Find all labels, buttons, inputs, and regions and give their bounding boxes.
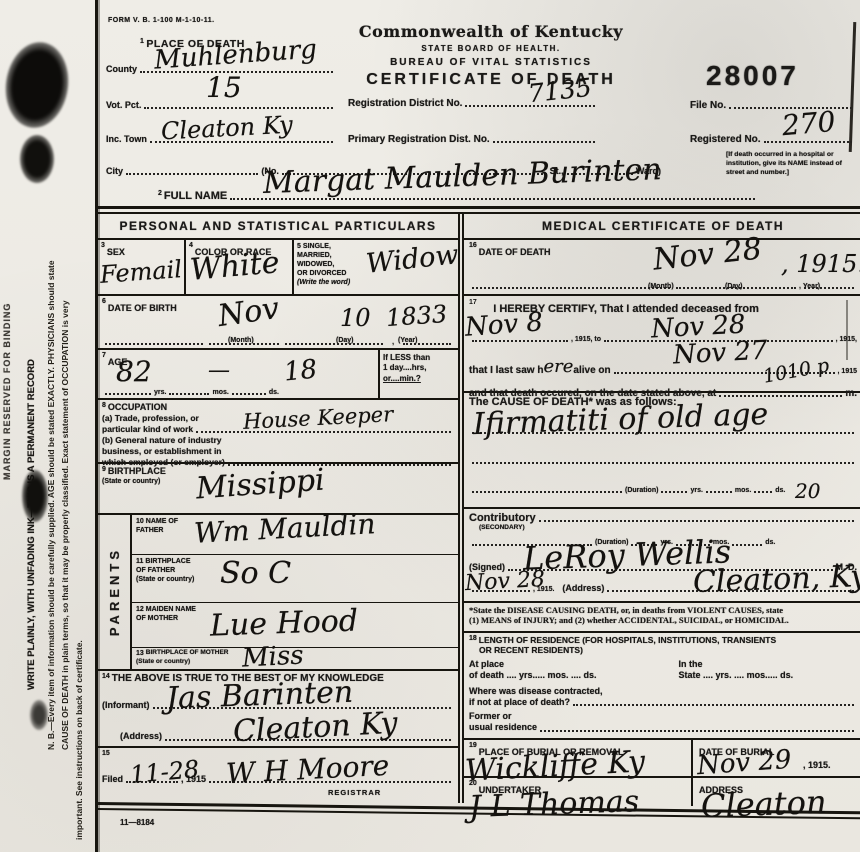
residence-l1: LENGTH OF RESIDENCE (FOR HOSPITALS, INST… <box>479 635 776 645</box>
last-saw-pre: that I last saw h <box>469 365 543 376</box>
vot-pct-label: Vot. Pct. <box>106 100 141 111</box>
age-mos-label: mos. <box>212 388 228 397</box>
burial-row: 19PLACE OF BURIAL OR REMOVAL Wickliffe K… <box>463 740 860 778</box>
header-center-block: Commonwealth of Kentucky STATE BOARD OF … <box>346 22 636 89</box>
commonwealth-title: Commonwealth of Kentucky <box>346 22 636 41</box>
marital-status-cell: 5SINGLE, MARRIED, WIDOWED, OR DIVORCED (… <box>294 240 458 294</box>
informant-address-label: (Address) <box>120 731 162 742</box>
age-row: 7AGE yrs. mos. ds. 82 — 18 If LESS than <box>98 350 458 400</box>
parents-label: PARENTS <box>107 547 122 636</box>
form-code: FORM V. B. 1-100 M-1-10-11. <box>108 16 215 25</box>
occupation-a-l2: particular kind of work <box>102 424 193 435</box>
bureau-subtitle: BUREAU OF VITAL STATISTICS <box>346 57 636 68</box>
voting-precinct-row: Vot. Pct. 15 <box>106 100 336 111</box>
binding-margin: MARGIN RESERVED FOR BINDING WRITE PLAINL… <box>0 0 95 852</box>
file-no-label: File No. <box>690 100 726 111</box>
cause-of-death-block: The CAUSE OF DEATH* was as follows: Ifir… <box>463 393 860 509</box>
former-l2: usual residence <box>469 722 537 733</box>
primary-reg-line <box>493 139 595 143</box>
date-of-birth-row: 6DATE OF BIRTH , Nov 10 1833 (Month) (Da… <box>98 296 458 350</box>
certify-from-year: , 1915 <box>571 335 590 344</box>
margin-nb-note-line2: CAUSE OF DEATH in plain terms, so that i… <box>60 130 70 750</box>
medical-column: MEDICAL CERTIFICATE OF DEATH 16DATE OF D… <box>463 214 860 803</box>
cause-ds: ds. <box>775 486 785 495</box>
cause-duration-label: (Duration) <box>625 486 658 495</box>
sex-cell: 3SEX Femail <box>98 240 186 294</box>
last-saw-her-handwriting: ere <box>543 358 573 376</box>
mother-birthplace-row: 13BIRTHPLACE OF MOTHER (State or country… <box>132 648 458 669</box>
sex-color-marital-row: 3SEX Femail 4COLOR OR RACE White 5SINGLE… <box>98 240 458 296</box>
last-saw-post: alive on <box>573 365 610 376</box>
parents-block: PARENTS 10NAME OF FATHER Wm Mauldin 11BI… <box>98 515 458 671</box>
signed-address-label: (Address) <box>562 583 604 594</box>
at-place-l1: At place <box>469 659 679 670</box>
undertaker-handwriting: J L Thomas <box>469 787 640 823</box>
reg-district-label: Registration District No. <box>348 98 462 109</box>
inc-town-handwriting: Cleaton Ky <box>160 113 293 144</box>
in-state-l2: State <box>679 670 701 680</box>
last-saw-year: , 1915 <box>838 367 857 376</box>
personal-section-title: PERSONAL AND STATISTICAL PARTICULARS <box>98 214 458 240</box>
certificate-title: CERTIFICATE OF DEATH <box>346 71 636 89</box>
occupation-label: OCCUPATION <box>108 402 167 412</box>
certify-to-year: , 1915, <box>836 335 857 344</box>
mother-name-handwriting: Lue Hood <box>210 606 359 641</box>
father-name-l1: NAME OF <box>146 518 178 525</box>
signed-address-handwriting: Cleaton, Ky <box>693 562 860 598</box>
header-divider <box>98 206 860 214</box>
dod-month-caption: (Month) <box>648 282 674 291</box>
hospital-note: [If death occurred in a hospital or inst… <box>726 150 854 178</box>
dob-year-handwriting: 1833 <box>385 302 448 330</box>
primary-registration-row: Primary Registration Dist. No. <box>348 134 598 145</box>
signed-date-handwriting: Nov 28 <box>464 569 545 595</box>
father-bp-l1: BIRTHPLACE <box>145 558 190 565</box>
dod-year-caption: Year) <box>803 282 820 291</box>
occupation-b-l1: (b) General nature of industry <box>102 435 454 446</box>
full-name-row: 2FULL NAME Margat Maulden Burinten <box>158 190 758 202</box>
age-less-l1: If LESS than <box>383 353 455 363</box>
father-bp-l3: (State or country) <box>136 575 454 584</box>
contracted-l2: if not at place of death? <box>469 697 570 708</box>
registration-district-row: Registration District No. 7135 <box>348 98 598 109</box>
birthplace-row: 9BIRTHPLACE (State or country) Missippi <box>98 464 458 515</box>
age-yrs-label: yrs. <box>154 388 166 397</box>
mother-bp-l1: BIRTHPLACE <box>146 649 188 656</box>
dob-month-handwriting: Nov <box>216 294 281 332</box>
filed-block: 15 Filed , 1915 11-28 W H Moore REGISTRA… <box>98 748 458 806</box>
dod-day-caption: (Day) <box>725 282 743 291</box>
certificate-stamp-number: 28007 <box>706 60 799 92</box>
age-less-l3: or....min.? <box>383 374 455 384</box>
registered-no-label: Registered No. <box>690 134 761 145</box>
mother-bp-handwriting: Miss <box>241 642 304 671</box>
cause-yrs: yrs. <box>690 486 702 495</box>
certificate-sheet: FORM V. B. 1-100 M-1-10-11. Commonwealth… <box>95 0 860 852</box>
scanned-death-certificate: MARGIN RESERVED FOR BINDING WRITE PLAINL… <box>0 0 860 852</box>
color-race-handwriting: White <box>189 248 281 286</box>
city-line <box>126 171 258 175</box>
former-l1: Former or <box>469 711 857 722</box>
burial-date-handwriting: Nov 29 <box>696 747 792 780</box>
full-name-label: 2FULL NAME <box>158 190 227 202</box>
father-birthplace-row: 11BIRTHPLACE OF FATHER (State or country… <box>132 555 458 603</box>
cause-footnote: *State the DISEASE CAUSING DEATH, or, in… <box>463 603 860 633</box>
dob-year-caption: (Year) <box>398 336 417 345</box>
age-less-than-cell: If LESS than 1 day....hrs, or....min.? <box>378 350 458 398</box>
burial-date-cell: DATE OF BURIAL Nov 29 , 1915. <box>693 740 860 776</box>
mother-bp-l2: OF MOTHER <box>190 649 229 656</box>
marital-l1: SINGLE, <box>303 243 331 250</box>
color-race-cell: 4COLOR OR RACE White <box>186 240 294 294</box>
parents-vertical-cell: PARENTS <box>98 515 132 669</box>
informant-address-handwriting: Cleaton Ky <box>232 709 398 748</box>
reg-district-handwriting: 7135 <box>527 75 593 107</box>
age-days-handwriting: 18 <box>283 356 319 385</box>
full-name-handwriting: Margat Maulden Burinten <box>263 155 663 199</box>
registered-no-row: Registered No. 270 <box>690 134 855 145</box>
dob-label: DATE OF BIRTH <box>108 303 177 313</box>
attended-from-handwriting: Nov 8 <box>464 309 544 340</box>
ink-smudge <box>30 700 48 730</box>
certify-block: 17 I HEREBY CERTIFY, That I attended dec… <box>463 296 860 393</box>
informant-block: 14THE ABOVE IS TRUE TO THE BEST OF MY KN… <box>98 671 458 748</box>
filed-date-handwriting: 11-28 <box>129 757 200 787</box>
primary-reg-label: Primary Registration Dist. No. <box>348 134 490 145</box>
contributory-label: Contributory <box>469 512 536 524</box>
mother-name-l1: MAIDEN NAME <box>146 606 196 613</box>
print-code: 11—8184 <box>120 818 154 827</box>
last-saw-date-handwriting: Nov 27 <box>672 338 768 369</box>
vot-pct-line <box>144 105 333 109</box>
cause-mos: mos. <box>735 486 751 495</box>
state-board-subtitle: STATE BOARD OF HEALTH. <box>346 44 636 53</box>
city-label: City <box>106 166 123 177</box>
father-name-row: 10NAME OF FATHER Wm Mauldin <box>132 515 458 555</box>
margin-write-plainly-note: WRITE PLAINLY, WITH UNFADING INK—THIS IS… <box>26 130 37 690</box>
father-name-handwriting: Wm Mauldin <box>193 510 376 547</box>
medical-section-title: MEDICAL CERTIFICATE OF DEATH <box>463 214 860 240</box>
ink-smudge <box>22 470 48 522</box>
margin-nb-note-line1: N. B.—Every item of information should b… <box>46 130 56 750</box>
informant-label: (Informant) <box>102 700 150 711</box>
certify-to-word: , to <box>590 335 601 344</box>
dod-handwriting: Nov 28 <box>652 234 764 275</box>
place-of-burial-cell: 19PLACE OF BURIAL OR REMOVAL Wickliffe K… <box>463 740 693 776</box>
dob-month-caption: (Month) <box>228 336 254 345</box>
vot-pct-handwriting: 15 <box>206 74 242 102</box>
contracted-l1: Where was disease contracted, <box>469 686 857 697</box>
in-state-l1: In the <box>679 659 857 670</box>
contributory-block: Contributory (SECONDARY) (Duration) yrs.… <box>463 509 860 603</box>
personal-column: PERSONAL AND STATISTICAL PARTICULARS 3SE… <box>98 214 458 803</box>
date-of-death-row: 16DATE OF DEATH , Nov 28 , 1915. (Month)… <box>463 240 860 296</box>
at-place-l2: of death <box>469 670 504 680</box>
footnote-l2: (1) MEANS of INJURY; and (2) whether ACC… <box>469 615 857 625</box>
marital-l5: (Write the word) <box>297 278 455 287</box>
registered-no-handwriting: 270 <box>781 108 837 141</box>
contributory-sub: (SECONDARY) <box>479 524 857 532</box>
age-months-handwriting: — <box>208 360 230 382</box>
occupation-row: 8OCCUPATION (a) Trade, profession, or pa… <box>98 400 458 464</box>
dod-year-handwriting: , 1915. <box>781 252 860 276</box>
father-bp-handwriting: So C <box>220 559 291 589</box>
margin-binding-note: MARGIN RESERVED FOR BINDING <box>2 60 12 480</box>
undertaker-address-handwriting: Cleaton <box>700 786 827 822</box>
birthplace-label: BIRTHPLACE <box>108 466 166 476</box>
age-ds-label: ds. <box>269 388 279 397</box>
residence-block: 18LENGTH OF RESIDENCE (FOR HOSPITALS, IN… <box>463 633 860 740</box>
undertaker-address-cell: ADDRESS Cleaton <box>693 778 860 806</box>
contrib-ds: ds. <box>765 538 775 547</box>
father-bp-l2: OF FATHER <box>136 566 454 575</box>
occupation-b-l2: business, or establishment in <box>102 446 454 457</box>
dob-day-handwriting: 10 <box>340 306 371 330</box>
sex-handwriting: Femail <box>99 257 182 287</box>
residence-l2: OR RECENT RESIDENTS) <box>479 645 857 655</box>
inc-town-label: Inc. Town <box>106 134 147 145</box>
age-years-handwriting: 82 <box>116 358 152 386</box>
birthplace-handwriting: Missippi <box>195 466 325 505</box>
sex-label: SEX <box>107 247 125 257</box>
registrar-signature-handwriting: W H Moore <box>225 752 390 789</box>
filed-label: Filed <box>102 774 123 785</box>
margin-nb-note-line3: important. See instructions on back of c… <box>74 540 84 840</box>
inc-town-row: Inc. Town Cleaton Ky <box>106 134 336 145</box>
ink-smudge <box>20 135 54 183</box>
county-label: County <box>106 64 137 75</box>
burial-date-year: , 1915. <box>803 760 831 771</box>
cause-duration-handwriting: 20 <box>795 481 820 501</box>
at-place-units: .... yrs..... mos. .... ds. <box>507 670 597 680</box>
registrar-label: REGISTRAR <box>328 788 381 797</box>
footnote-l1: *State the DISEASE CAUSING DEATH, or, in… <box>469 605 857 615</box>
in-state-units: .... yrs. .... mos..... ds. <box>703 670 793 680</box>
dod-label: DATE OF DEATH <box>479 247 551 257</box>
dob-day-caption: (Day) <box>336 336 354 345</box>
age-less-l2: 1 day....hrs, <box>383 363 455 373</box>
